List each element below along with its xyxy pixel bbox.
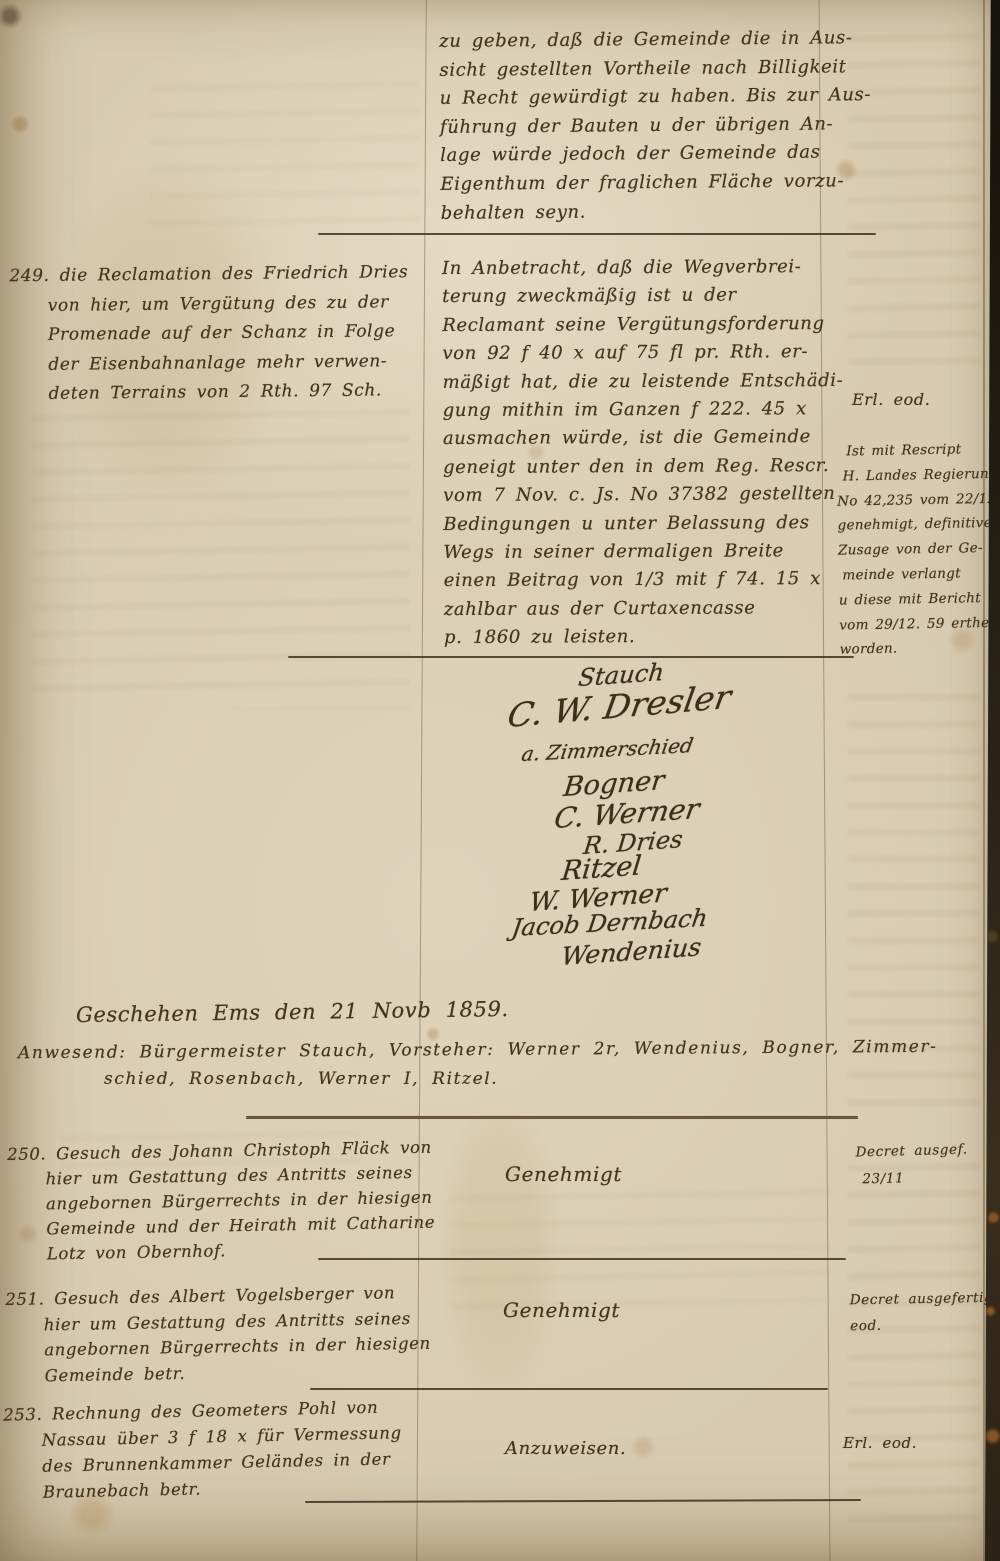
entry-250-item-text: 250. Gesuch des Johann Christoph Fläck v… (45, 1135, 436, 1267)
entry-251-margin-note: Decret ausgefertigt eod. (850, 1285, 1000, 1340)
entry-249-item-text: 249. die Reclamation des Friedrich Dries… (47, 258, 409, 409)
text-line: deten Terrains von 2 Rth. 97 Sch. (48, 376, 409, 409)
entry-249-margin-note: Ist mit Rescript H. Landes Regierung No … (836, 436, 1000, 662)
book-binding-edge (984, 0, 1000, 1561)
entry-251-decision: Genehmigt (503, 1298, 620, 1322)
text-line: terung zweckmäßig ist u der (442, 281, 843, 312)
text-line: 249. die Reclamation des Friedrich Dries (9, 258, 408, 292)
entry-divider (310, 1388, 828, 1390)
session-attendees-line1: Anwesend: Bürgermeister Stauch, Vorstehe… (18, 1037, 938, 1063)
text-line: Bedingungen u unter Belassung des (443, 509, 844, 540)
text-line: Wegs in seiner dermaligen Breite (443, 537, 844, 568)
entry-253-item-text: 253. Rechnung des Geometers Pohl von Nas… (41, 1394, 403, 1506)
text-line: meinde verlangt (842, 560, 1000, 588)
bleedthrough-text (150, 70, 420, 240)
text-line: Ist mit Rescript (846, 436, 1000, 464)
entry-250-decision: Genehmigt (505, 1162, 622, 1186)
text-line: der Eisenbahnanlage mehr verwen- (48, 347, 409, 380)
text-line: 23/11 (862, 1164, 969, 1194)
entry-249-resolution-text: In Anbetracht, daß die Wegverbrei- terun… (442, 253, 845, 653)
text-line: gung mithin im Ganzen f 222. 45 x (443, 395, 844, 426)
text-line: genehmigt, definitive (837, 511, 1000, 539)
text-line: p. 1860 zu leisten. (444, 622, 845, 653)
signature: a. Zimmerschied (520, 733, 695, 766)
entry-divider (305, 1499, 861, 1503)
text-line: führung der Bauten u der übrigen An- (440, 110, 872, 142)
register-page-scan: zu geben, daß die Gemeinde die in Aus- s… (0, 0, 1000, 1561)
text-line: von hier, um Vergütung des zu der (48, 288, 409, 321)
text-line: vom 29/12. 59 ertheilt (839, 610, 1000, 638)
text-line: mäßigt hat, die zu leistende Entschädi- (443, 367, 844, 398)
session-divider (246, 1116, 858, 1119)
text-line: u Recht gewürdigt zu haben. Bis zur Aus- (440, 81, 872, 113)
text-line: worden. (840, 635, 1000, 663)
text-line: einen Beitrag von 1/3 mit f 74. 15 x (444, 565, 845, 596)
session-place-date: Geschehen Ems den 21 Novb 1859. (76, 997, 509, 1027)
text-line: von 92 f 40 x auf 75 fl pr. Rth. er- (442, 338, 843, 369)
bleedthrough-text (30, 400, 410, 710)
text-line: geneigt unter den in dem Reg. Rescr. (443, 452, 844, 483)
text-line: Promenade auf der Schanz in Folge (48, 317, 409, 350)
entry-250-margin-note: Decret ausgef. 23/11 (855, 1137, 968, 1194)
text-line: lage würde jedoch der Gemeinde das (440, 138, 872, 170)
text-line: vom 7 Nov. c. Js. No 37382 gestellten (443, 480, 844, 511)
text-line: Decret ausgefertigt (850, 1285, 1000, 1314)
entry-249-margin-status: Erl. eod. (852, 390, 930, 409)
text-line: u diese mit Bericht (839, 585, 1000, 613)
session-attendees-line2: schied, Rosenbach, Werner I, Ritzel. (104, 1069, 498, 1089)
text-line: No 42,235 vom 22/12.59 (837, 486, 1000, 514)
text-line: Eigenthum der fraglichen Fläche vorzu- (440, 167, 872, 199)
bleedthrough-text (450, 1180, 830, 1310)
text-line: eod. (850, 1311, 1000, 1340)
text-line: Reclamant seine Vergütungsforderung (442, 310, 843, 341)
text-line: H. Landes Regierung (842, 461, 1000, 489)
text-line: ausmachen würde, ist die Gemeinde (443, 423, 844, 454)
text-line: Lotz von Obernhof. (47, 1235, 436, 1267)
bleedthrough-text (848, 1150, 980, 1540)
prev-resolution-text: zu geben, daß die Gemeinde die in Aus- s… (439, 24, 872, 228)
text-line: Decret ausgef. (855, 1137, 968, 1167)
text-line: sicht gestellten Vortheile nach Billigke… (439, 53, 871, 85)
text-line: Zusage von der Ge- (838, 536, 1000, 564)
text-line: behalten seyn. (441, 196, 873, 228)
text-line: zu geben, daß die Gemeinde die in Aus- (439, 24, 871, 56)
entry-divider (318, 233, 876, 235)
entry-251-item-text: 251. Gesuch des Albert Vogelsberger von … (43, 1280, 431, 1389)
entry-divider (288, 656, 854, 658)
entry-253-margin-status: Erl. eod. (843, 1434, 917, 1452)
text-line: zahlbar aus der Curtaxencasse (444, 594, 845, 625)
text-line: In Anbetracht, daß die Wegverbrei- (442, 253, 843, 284)
entry-253-decision: Anzuweisen. (505, 1438, 626, 1459)
